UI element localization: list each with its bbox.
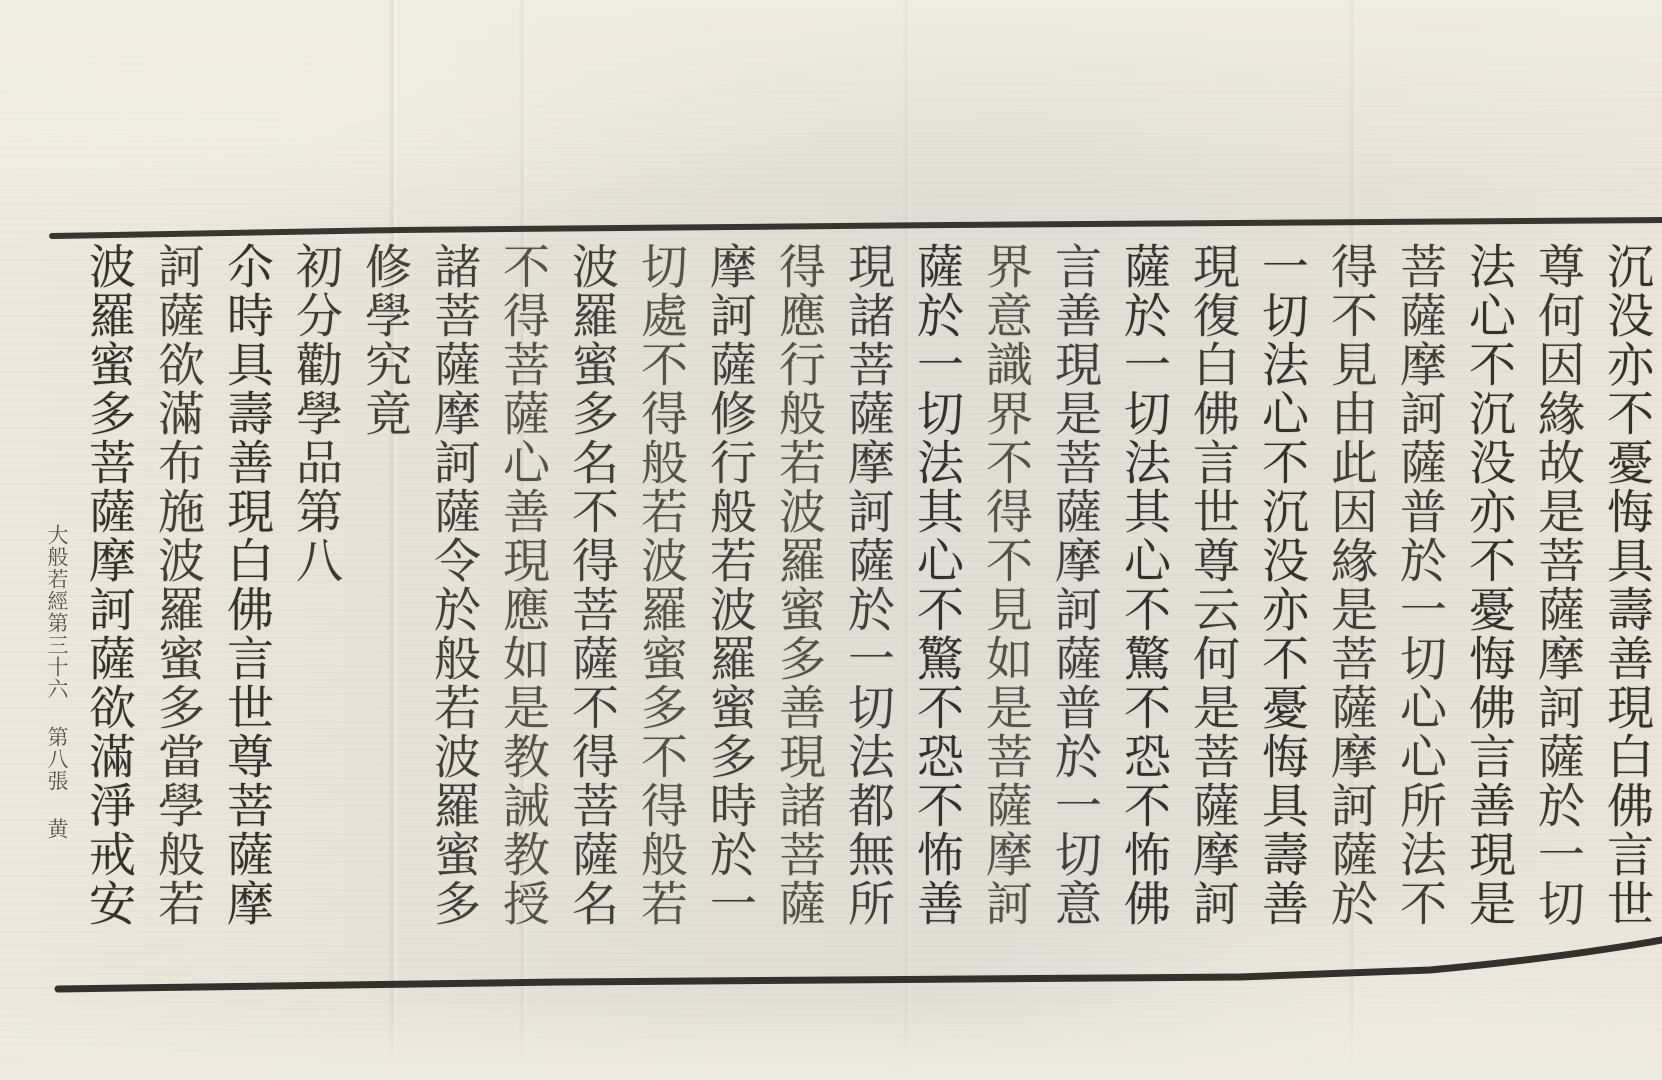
- text-column: 菩薩摩訶薩普於一切心心所法不: [1391, 242, 1447, 940]
- text-column: 尊何因緣故是菩薩摩訶薩於一切: [1529, 242, 1585, 940]
- text-column: 波羅蜜多菩薩摩訶薩欲滿淨戒安: [80, 242, 136, 940]
- text-column: 尒時具壽善現白佛言世尊菩薩摩: [218, 242, 274, 940]
- text-column: 現諸菩薩摩訶薩於一切法都無所: [839, 242, 895, 940]
- text-column: 法心不沉没亦不憂悔佛言善現是: [1460, 242, 1516, 940]
- text-column: 訶薩欲滿布施波羅蜜多當學般若: [149, 242, 205, 940]
- text-column: 一切法心不沉没亦不憂悔具壽善: [1253, 242, 1309, 940]
- text-column: 得應行般若波羅蜜多善現諸菩薩: [770, 242, 826, 940]
- text-column: 沉没亦不憂悔具壽善現白佛言世: [1598, 242, 1654, 940]
- text-column: 言善現是菩薩摩訶薩普於一切意: [1046, 242, 1102, 940]
- section-ending-column: 修學究竟: [356, 242, 412, 940]
- text-column: 諸菩薩摩訶薩令於般若波羅蜜多: [425, 242, 481, 940]
- text-column: 不得菩薩心善現應如是教誡教授: [494, 242, 550, 940]
- margin-sheet-number: 第八張: [45, 726, 69, 792]
- text-column: 薩於一切法其心不驚不恐不怖佛: [1115, 242, 1171, 940]
- chapter-title-column: 初分勸學品第八: [287, 242, 343, 940]
- text-column: 界意識界不得不見如是菩薩摩訶: [977, 242, 1033, 940]
- woodblock-sutra-scan: 沉没亦不憂悔具壽善現白佛言世 尊何因緣故是菩薩摩訶薩於一切 法心不沉没亦不憂悔佛…: [0, 0, 1662, 1080]
- text-column: 摩訶薩修行般若波羅蜜多時於一: [701, 242, 757, 940]
- margin-sheet-notation: 大般若經第三十六第八張黄: [42, 524, 72, 840]
- text-column: 得不見由此因緣是菩薩摩訶薩於: [1322, 242, 1378, 940]
- text-column: 波羅蜜多名不得菩薩不得菩薩名: [563, 242, 619, 940]
- margin-case-mark: 黄: [45, 818, 69, 840]
- text-column: 薩於一切法其心不驚不恐不怖善: [908, 242, 964, 940]
- margin-sutra-volume: 大般若經第三十六: [45, 524, 69, 700]
- text-column: 切處不得般若波羅蜜多不得般若: [632, 242, 688, 940]
- text-column: 現復白佛言世尊云何是菩薩摩訶: [1184, 242, 1240, 940]
- sutra-text-block: 沉没亦不憂悔具壽善現白佛言世 尊何因緣故是菩薩摩訶薩於一切 法心不沉没亦不憂悔佛…: [58, 242, 1654, 940]
